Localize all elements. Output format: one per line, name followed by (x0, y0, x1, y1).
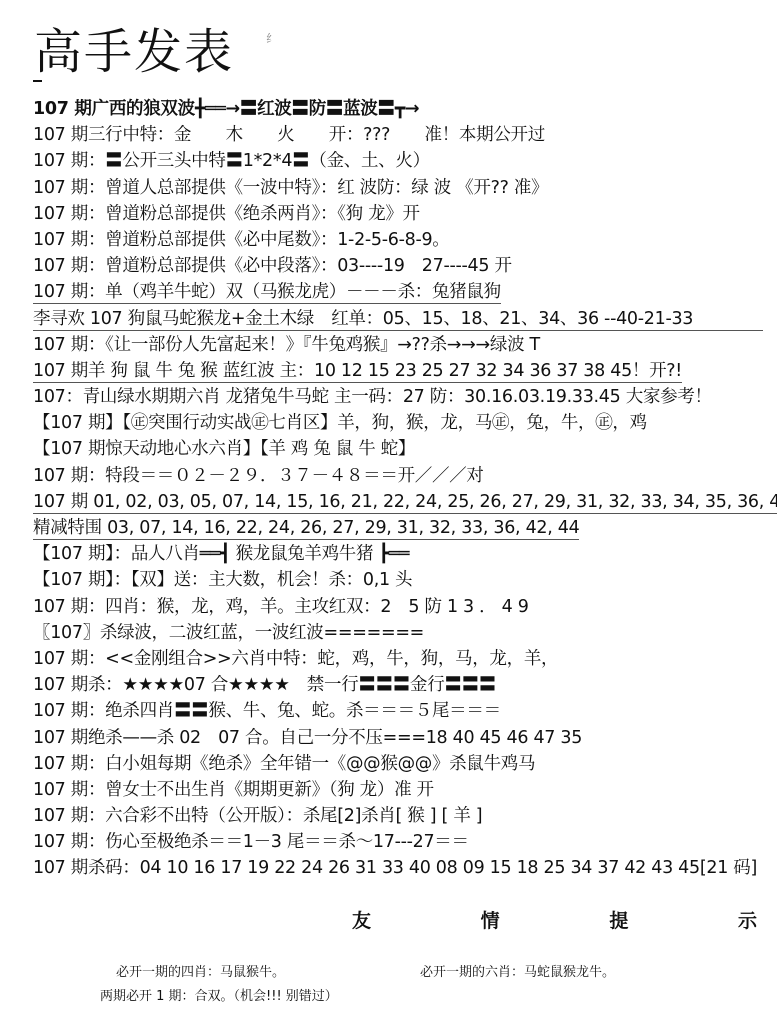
line-2: 107 期三行中特：金 木 火 开：??? 准！本期公开过 (33, 122, 763, 148)
line-13: 【107 期】【㊣突围行动实战㊣七肖区】羊，狗，猴，龙，马㊣，兔，牛，㊣，鸡 (33, 410, 763, 436)
line-4: 107 期：曾道人总部提供《一波中特》：红 波防：绿 波 《开?? 准》 (33, 175, 763, 201)
tips-char-2: 情 (481, 906, 500, 933)
line-27: 107 期：曾女士不出生肖《期期更新》（狗 龙）准 开 (33, 777, 763, 803)
line-11: 107 期羊 狗 鼠 牛 兔 猴 蓝红波 主：10 12 15 23 25 27… (33, 358, 763, 384)
line-6: 107 期：曾道粉总部提供《必中尾数》：1-2-5-6-8-9。 (33, 227, 763, 253)
prediction-list: 107 期广西的狼双波╋══→〓红波〓防〓蓝波〓┳→ 107 期三行中特：金 木… (33, 96, 763, 882)
line-18: 【107 期】：品人八肖══┫ 猴龙鼠兔羊鸡牛猪 ┣══ (33, 541, 763, 567)
footer-note-two-periods: 两期必开 1 期：合双。（机会!!! 别错过） (100, 985, 338, 1004)
tips-char-1: 友 (352, 906, 371, 933)
line-19: 【107 期】：【双】送：主大数，机会！杀：0,1 头 (33, 567, 763, 593)
footer-note-four-zodiacs: 必开一期的四肖：马鼠猴牛。 (116, 961, 285, 980)
line-16: 107 期 01, 02, 03, 05, 07, 14, 15, 16, 21… (33, 489, 763, 515)
line-8: 107 期：单（鸡羊牛蛇）双（马猴龙虎）－－－杀：兔猪鼠狗 (33, 279, 763, 305)
line-7: 107 期：曾道粉总部提供《必中段落》：03----19 27----45 开 (33, 253, 763, 279)
line-3: 107 期：〓公开三头中特〓1*2*4〓（金、土、火） (33, 148, 763, 174)
line-12: 107：青山绿水期期六肖 龙猪兔牛马蛇 主一码：27 防：30.16.03.19… (33, 384, 763, 410)
line-9: 李寻欢 107 狗鼠马蛇猴龙+金土木绿 红单：05、15、18、21、34、36… (33, 306, 763, 332)
page-title: 高手发表 (34, 22, 234, 82)
line-21: 〖107〗杀绿波，二波红蓝，一波红波======= (33, 620, 763, 646)
line-26: 107 期：白小姐每期《绝杀》全年错一《@@猴@@》杀鼠牛鸡马 (33, 751, 763, 777)
line-22: 107 期：<<金刚组合>>六肖中特：蛇，鸡，牛，狗，马，龙，羊， (33, 646, 763, 672)
line-1: 107 期广西的狼双波╋══→〓红波〓防〓蓝波〓┳→ (33, 96, 763, 122)
title-underscore (33, 80, 42, 82)
line-28: 107 期：六合彩不出特（公开版）：杀尾[2]杀肖[ 猴 ] [ 羊 ] (33, 803, 763, 829)
line-23: 107 期杀：★★★★07 合★★★★ 禁一行〓〓〓金行〓〓〓 (33, 672, 763, 698)
tips-char-4: 示 (738, 906, 757, 933)
line-29: 107 期：伤心至极绝杀＝＝1－3 尾＝＝杀～17---27＝＝ (33, 829, 763, 855)
friendly-reminder-heading: 友 情 提 示 (352, 906, 757, 933)
line-15: 107 期：特段＝＝０２－２９．３７－４８＝＝开／／／对 (33, 463, 763, 489)
line-14: 【107 期惊天动地心水六肖】【羊 鸡 兔 鼠 牛 蛇】 (33, 436, 763, 462)
footer-note-six-zodiacs: 必开一期的六肖：马蛇鼠猴龙牛。 (420, 961, 615, 980)
title-mark: 纟 (266, 30, 277, 46)
line-17: 精减特围 03, 07, 14, 16, 22, 24, 26, 27, 29,… (33, 515, 763, 541)
line-5: 107 期：曾道粉总部提供《绝杀两肖》：《狗 龙》开 (33, 201, 763, 227)
line-24: 107 期：绝杀四肖〓〓猴、牛、兔、蛇。杀＝＝＝５尾＝＝＝ (33, 698, 763, 724)
line-20: 107 期：四肖：猴，龙，鸡，羊。主攻红双：2 5 防 1 3 ． 4 9 (33, 594, 763, 620)
tips-char-3: 提 (609, 906, 628, 933)
line-30: 107 期杀码：04 10 16 17 19 22 24 26 31 33 40… (33, 855, 763, 881)
line-10: 107 期：《让一部份人先富起来！》『牛兔鸡猴』→??杀→→→绿波 T (33, 332, 763, 358)
line-25: 107 期绝杀——杀 02 07 合。自己一分不压===18 40 45 46 … (33, 725, 763, 751)
